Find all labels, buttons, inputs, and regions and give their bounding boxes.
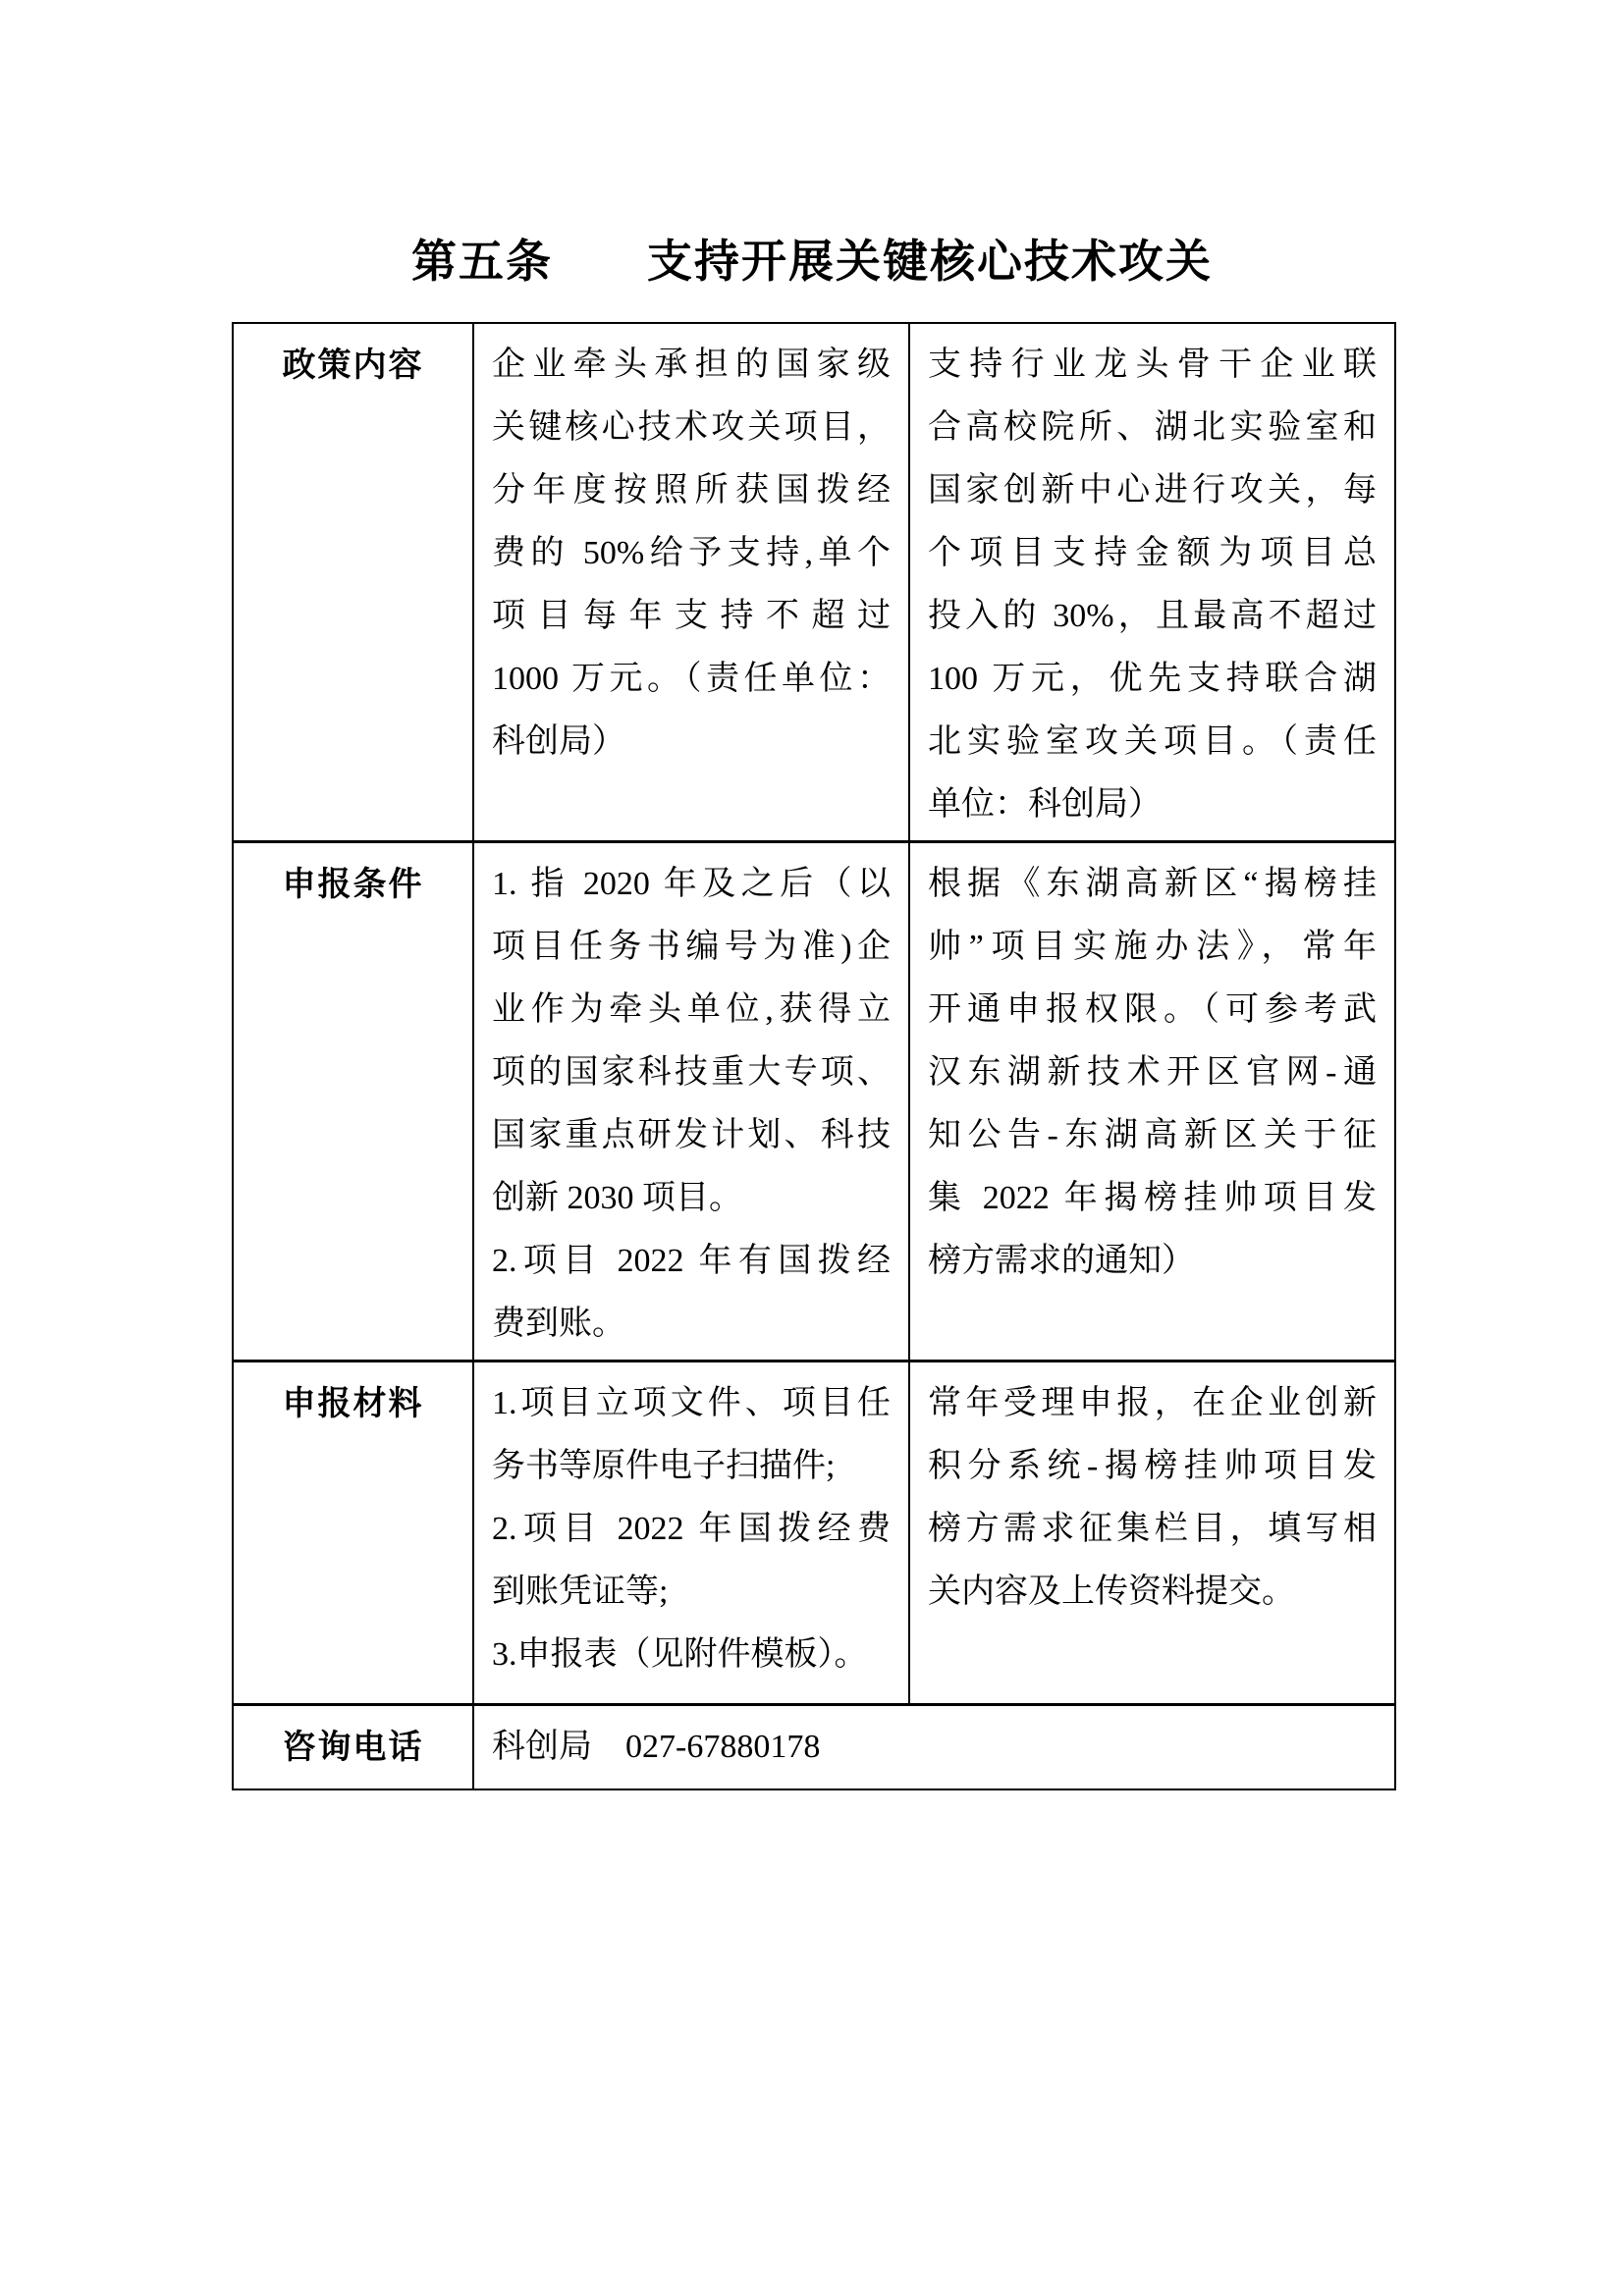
text-line: 1000 万元。（责任单位： <box>492 648 891 711</box>
document-page: { "colors": { "text": "#000000", "border… <box>0 0 1624 2296</box>
table-row: 申报材料 1.项目立项文件、项目任务书等原件电子扫描件;2.项目 2022 年国… <box>233 1361 1395 1704</box>
table-row: 申报条件 1. 指 2020 年及之后（以项目任务书编号为准)企业作为牵头单位,… <box>233 841 1395 1361</box>
application-materials-label: 申报材料 <box>233 1361 473 1704</box>
application-materials-cell-joint: 常年受理申报，在企业创新积分系统-揭榜挂帅项目发榜方需求征集栏目，填写相关内容及… <box>909 1361 1395 1704</box>
text-line: 北实验室攻关项目。（责任 <box>928 711 1377 774</box>
policy-content-cell-national: 企业牵头承担的国家级关键核心技术攻关项目，分年度按照所获国拨经费的 50%给予支… <box>473 323 909 841</box>
text-line: 创新 2030 项目。 <box>492 1167 891 1230</box>
text-line: 务书等原件电子扫描件; <box>492 1435 891 1498</box>
contact-phone-label: 咨询电话 <box>233 1704 473 1789</box>
text-line: 费到账。 <box>492 1293 891 1356</box>
text-line: 费的 50%给予支持,单个 <box>492 522 891 585</box>
text-line: 汉东湖新技术开区官网-通 <box>928 1041 1377 1104</box>
text-line: 100 万元，优先支持联合湖 <box>928 648 1377 711</box>
text-line: 常年受理申报，在企业创新 <box>928 1372 1377 1435</box>
text-line: 个项目支持金额为项目总 <box>928 522 1377 585</box>
text-line: 集 2022 年揭榜挂帅项目发 <box>928 1167 1377 1230</box>
text-line: 积分系统-揭榜挂帅项目发 <box>928 1435 1377 1498</box>
policy-content-cell-joint: 支持行业龙头骨干企业联合高校院所、湖北实验室和国家创新中心进行攻关，每个项目支持… <box>909 323 1395 841</box>
table-row: 咨询电话 科创局 027-67880178 <box>233 1704 1395 1789</box>
text-line: 合高校院所、湖北实验室和 <box>928 397 1377 459</box>
article-title: 第五条 支持开展关键核心技术攻关 <box>0 226 1624 291</box>
text-line: 关键核心技术攻关项目， <box>492 397 891 459</box>
application-conditions-cell-national: 1. 指 2020 年及之后（以项目任务书编号为准)企业作为牵头单位,获得立项的… <box>473 841 909 1361</box>
text-line: 企业牵头承担的国家级 <box>492 334 891 397</box>
text-line: 项的国家科技重大专项、 <box>492 1041 891 1104</box>
text-line: 2.项目 2022 年有国拨经 <box>492 1230 891 1293</box>
policy-table: 政策内容 企业牵头承担的国家级关键核心技术攻关项目，分年度按照所获国拨经费的 5… <box>232 322 1396 1790</box>
text-line: 国家创新中心进行攻关，每 <box>928 459 1377 522</box>
text-line: 关内容及上传资料提交。 <box>928 1561 1377 1624</box>
text-line: 1. 指 2020 年及之后（以 <box>492 853 891 916</box>
text-line: 国家重点研发计划、科技 <box>492 1104 891 1167</box>
text-line: 项目任务书编号为准)企 <box>492 916 891 979</box>
text-line: 分年度按照所获国拨经 <box>492 459 891 522</box>
application-conditions-cell-joint: 根据《东湖高新区“揭榜挂帅”项目实施办法》，常年开通申报权限。（可参考武汉东湖新… <box>909 841 1395 1361</box>
application-materials-cell-national: 1.项目立项文件、项目任务书等原件电子扫描件;2.项目 2022 年国拨经费到账… <box>473 1361 909 1704</box>
text-line: 1.项目立项文件、项目任 <box>492 1372 891 1435</box>
application-conditions-label: 申报条件 <box>233 841 473 1361</box>
text-line: 项目每年支持不超过 <box>492 585 891 648</box>
text-line: 榜方需求的通知） <box>928 1230 1377 1293</box>
text-line: 帅”项目实施办法》，常年 <box>928 916 1377 979</box>
table-row: 政策内容 企业牵头承担的国家级关键核心技术攻关项目，分年度按照所获国拨经费的 5… <box>233 323 1395 841</box>
text-line: 知公告-东湖高新区关于征 <box>928 1104 1377 1167</box>
policy-content-label: 政策内容 <box>233 323 473 841</box>
text-line: 支持行业龙头骨干企业联 <box>928 334 1377 397</box>
text-line: 投入的 30%，且最高不超过 <box>928 585 1377 648</box>
text-line: 到账凭证等; <box>492 1561 891 1624</box>
text-line: 2.项目 2022 年国拨经费 <box>492 1498 891 1561</box>
text-line: 榜方需求征集栏目，填写相 <box>928 1498 1377 1561</box>
text-line: 开通申报权限。（可参考武 <box>928 979 1377 1041</box>
text-line: 根据《东湖高新区“揭榜挂 <box>928 853 1377 916</box>
contact-phone-value: 科创局 027-67880178 <box>473 1704 1395 1789</box>
text-line: 3.申报表（见附件模板）。 <box>492 1624 891 1686</box>
text-line: 单位：科创局） <box>928 774 1377 836</box>
text-line: 业作为牵头单位,获得立 <box>492 979 891 1041</box>
text-line: 科创局） <box>492 711 891 774</box>
